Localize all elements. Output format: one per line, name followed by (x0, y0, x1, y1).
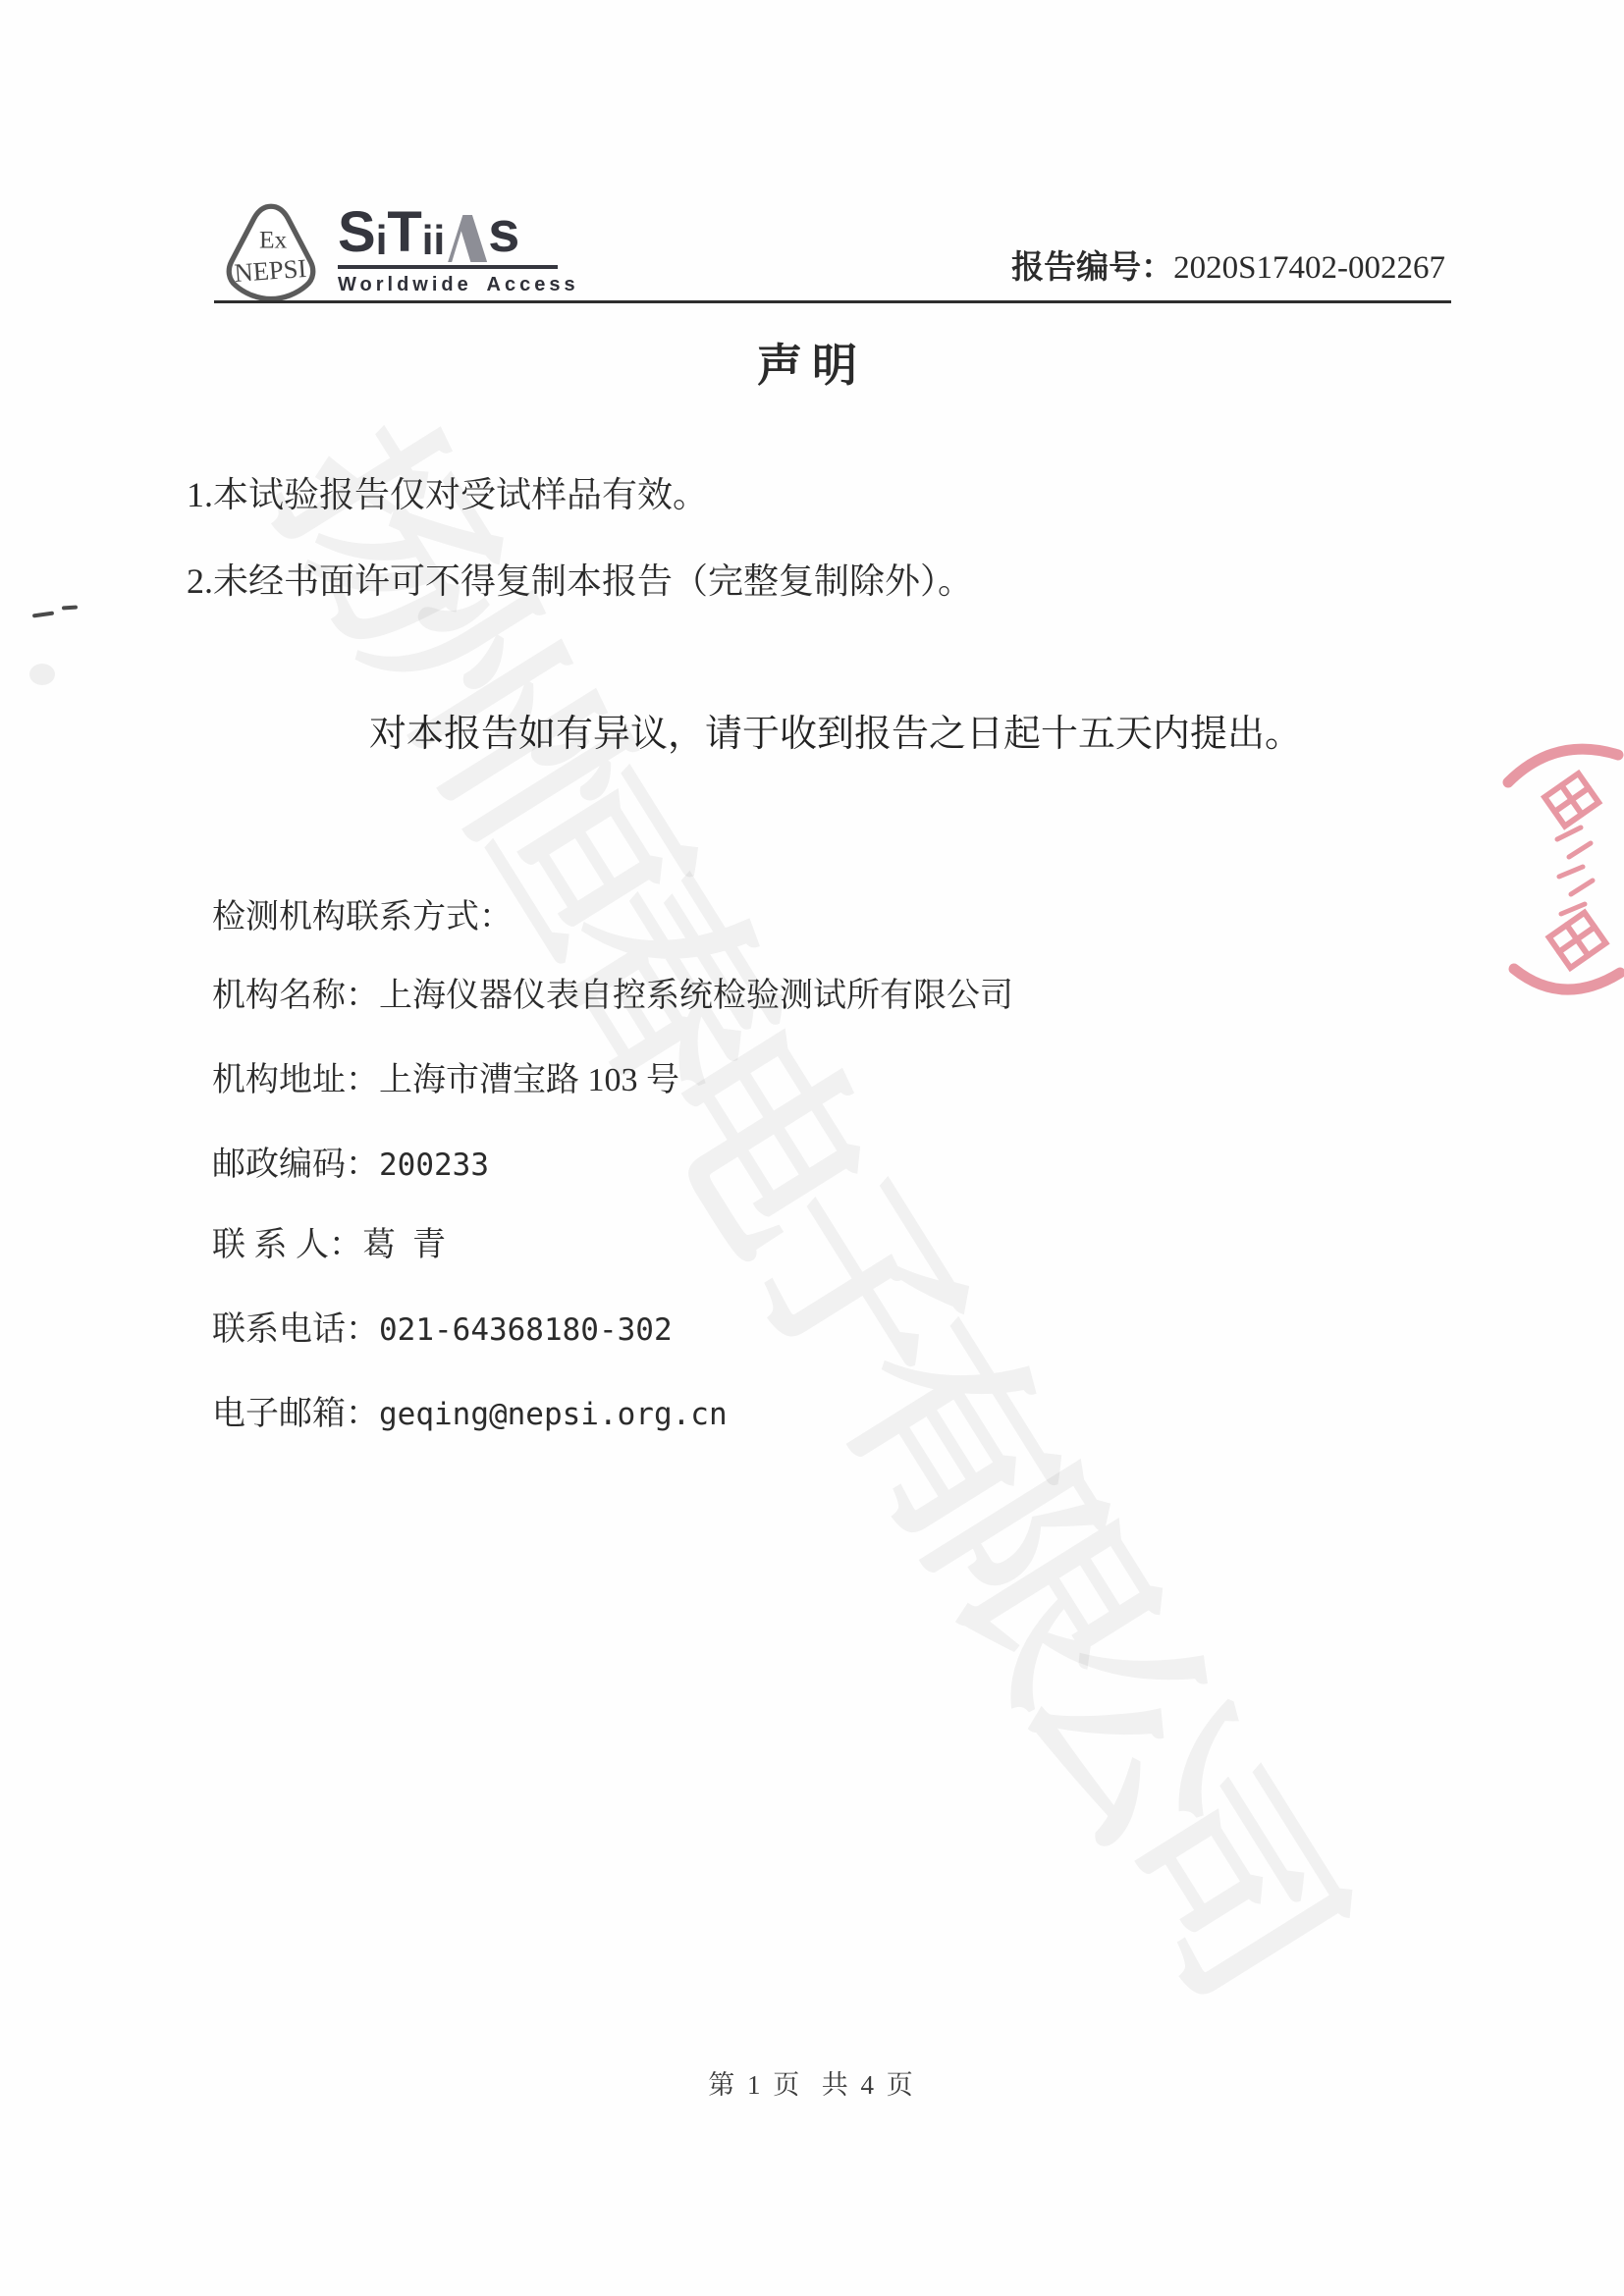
scan-artifact (29, 664, 55, 685)
nepsi-triangle-icon: Ex NEPSI (216, 202, 326, 306)
contact-row-phone: 联系电话：021-64368180-302 (212, 1302, 673, 1350)
contact-row-postal-code: 邮政编码：200233 (212, 1137, 489, 1185)
contact-label: 机构地址： (212, 1062, 379, 1098)
page-footer: 第 1 页 共 4 页 (0, 2063, 1624, 2102)
report-number-label: 报告编号： (1011, 250, 1173, 286)
sitiias-wordmark: SiTiis (338, 208, 564, 261)
contact-row-org-address: 机构地址：上海市漕宝路 103 号 (212, 1052, 679, 1100)
nepsi-ex-text: Ex (259, 226, 288, 254)
contact-label: 电子邮箱： (212, 1396, 379, 1432)
contact-row-contact-person: 联 系 人：葛 青 (212, 1217, 446, 1265)
contact-value: 上海仪器仪表自控系统检验测试所有限公司 (379, 978, 1013, 1014)
header-rule (214, 300, 1451, 303)
contact-value: 200233 (379, 1148, 489, 1183)
company-watermark: 扬州恒春电子有限公司 (221, 363, 1409, 2019)
contact-label: 联系电话： (212, 1311, 379, 1348)
logo-letter: i (376, 220, 388, 261)
report-number-value: 2020S17402-002267 (1173, 250, 1445, 286)
logo-letter: s (488, 204, 519, 261)
nepsi-logo: Ex NEPSI (216, 202, 326, 311)
contact-value: 上海市漕宝路 103 号 (379, 1062, 679, 1098)
logo-letter: i (422, 220, 434, 261)
logo-tagline: Worldwide Access (338, 274, 564, 296)
contact-row-org-name: 机构名称：上海仪器仪表自控系统检验测试所有限公司 (212, 968, 1013, 1016)
logo-underline (338, 265, 558, 269)
logo-a-wedge-icon (448, 215, 487, 262)
statement-item-1: 1.本试验报告仅对受试样品有效。 (187, 467, 708, 517)
report-number-line: 报告编号：2020S17402-002267 (1011, 241, 1445, 288)
document-page: 扬州恒春电子有限公司 Ex NEPSI SiTiis Worldwide Acc… (0, 0, 1624, 2296)
sitiias-logo: SiTiis Worldwide Access (338, 208, 564, 296)
logo-letter: i (433, 220, 445, 261)
contact-value: 葛 青 (362, 1227, 446, 1263)
red-stamp (1498, 721, 1624, 1016)
contact-label: 邮政编码： (212, 1147, 379, 1183)
objection-notice: 对本报告如有异议，请于收到报告之日起十五天内提出。 (369, 703, 1302, 757)
logo-letter: T (387, 204, 421, 261)
contact-label: 机构名称： (212, 978, 379, 1014)
nepsi-name-text: NEPSI (234, 253, 308, 288)
contact-row-email: 电子邮箱：geqing@nepsi.org.cn (212, 1386, 728, 1434)
statement-item-2: 2.未经书面许可不得复制本报告（完整复制除外）。 (187, 554, 973, 604)
scan-artifact (62, 605, 78, 610)
scan-artifact (32, 611, 54, 617)
page-title: 声明 (0, 330, 1624, 395)
contact-label: 联 系 人： (212, 1227, 362, 1263)
contact-value: 021-64368180-302 (379, 1312, 673, 1348)
logo-letter: S (338, 204, 376, 261)
contact-heading: 检测机构联系方式： (212, 889, 513, 937)
contact-value: geqing@nepsi.org.cn (379, 1397, 728, 1432)
